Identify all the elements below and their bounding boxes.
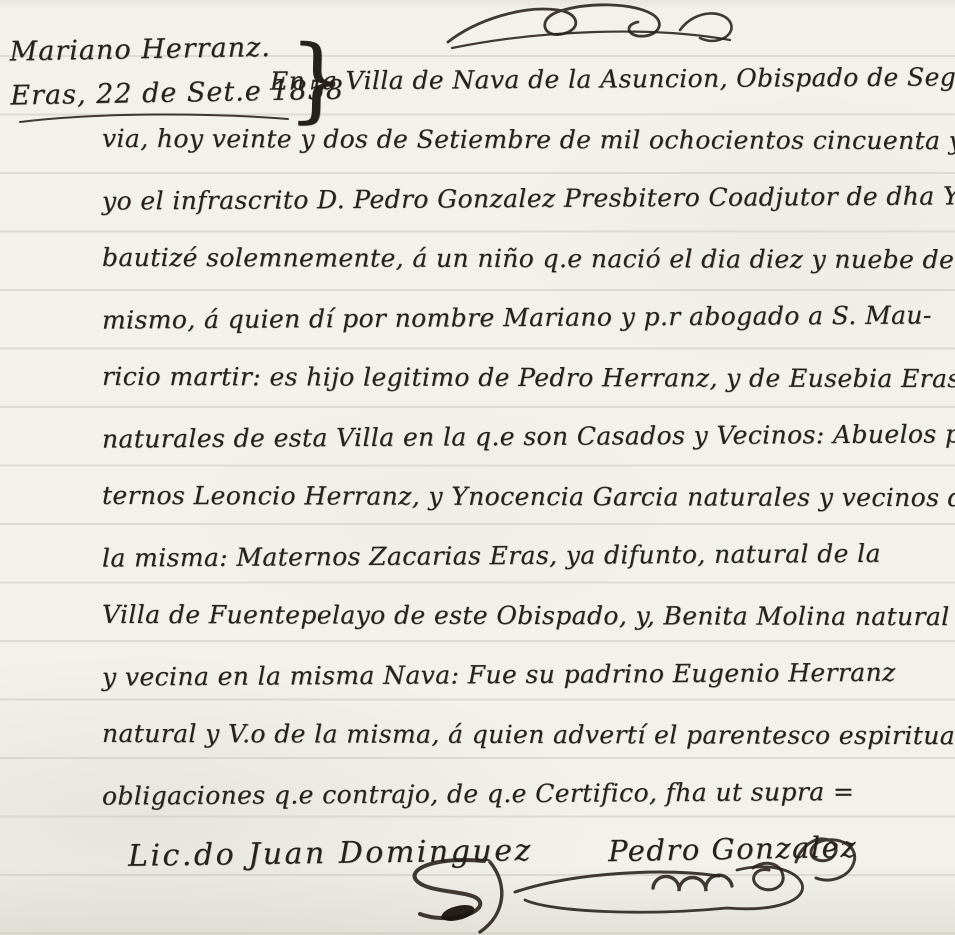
manuscript-page: Mariano Herranz. Eras, 22 de Set.e 1858 … xyxy=(0,0,955,935)
record-line: ternos Leoncio Herranz, y Ynocencia Garc… xyxy=(102,465,950,527)
record-line: natural y V.o de la misma, á quien adver… xyxy=(102,703,950,765)
record-line: En la Villa de Nava de la Asuncion, Obis… xyxy=(102,47,950,112)
record-line: via, hoy veinte y dos de Setiembre de mi… xyxy=(102,108,950,170)
record-line: obligaciones q.e contrajo, de q.e Certif… xyxy=(102,761,950,826)
bottom-right-flourish-icon xyxy=(505,860,815,920)
record-line: y vecina en la misma Nava: Fue su padrin… xyxy=(102,642,950,707)
record-line: ricio martir: es hijo legitimo de Pedro … xyxy=(102,346,950,408)
bottom-left-flourish-icon xyxy=(388,856,520,934)
record-line: bautizé solemnemente, á un niño q.e naci… xyxy=(102,227,950,289)
record-line: mismo, á quien dí por nombre Mariano y p… xyxy=(102,285,950,350)
record-line: la misma: Maternos Zacarias Eras, ya dif… xyxy=(102,523,950,588)
record-line: Villa de Fuentepelayo de este Obispado, … xyxy=(102,584,950,646)
record-line: naturales de esta Villa en la q.e son Ca… xyxy=(102,404,950,469)
record-body: En la Villa de Nava de la Asuncion, Obis… xyxy=(102,50,950,824)
record-line: yo el infrascrito D. Pedro Gonzalez Pres… xyxy=(102,166,950,231)
